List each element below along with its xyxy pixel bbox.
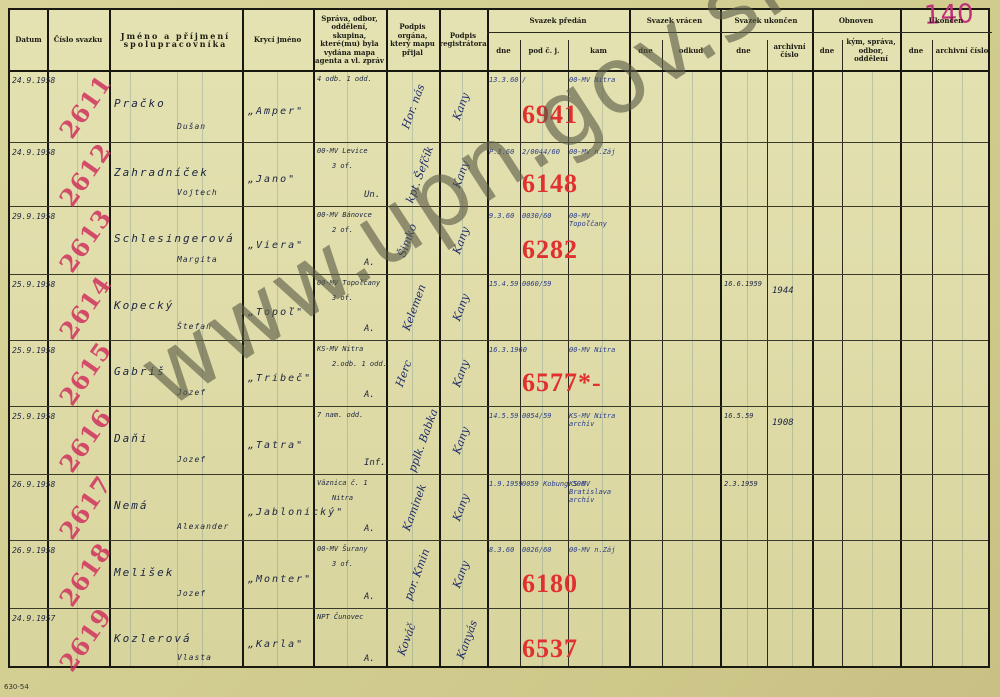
faint-guide-line — [177, 70, 178, 666]
column-divider — [386, 10, 388, 666]
column-divider — [900, 10, 902, 666]
form-code: 630-54 — [4, 683, 29, 691]
row-sprava-2: 3 of. — [332, 162, 353, 170]
svazek-number-stamp: 2614 — [53, 270, 117, 345]
faint-guide-line — [747, 70, 748, 666]
signature-registrar: Kany — [450, 492, 472, 523]
row-ukoncen-dne: 16.6.1959 — [724, 280, 762, 288]
signature-organ: por. Kmin — [402, 547, 433, 602]
header-obnoven-dne: dne — [812, 32, 842, 70]
header-kryci-jmeno: Krycí jméno — [242, 10, 313, 70]
row-ukoncen-dne: 16.5.59 — [724, 412, 754, 420]
row-sprava-mark: A. — [364, 258, 375, 268]
column-divider — [487, 10, 489, 666]
row-predan-dne: 14.5.59 — [489, 412, 519, 420]
header-predan-pod-cj: pod č. j. — [520, 32, 568, 70]
row-kryci-jmeno: „Jablonický" — [248, 507, 344, 518]
row-kryci-jmeno: „Monter" — [248, 574, 312, 585]
row-sprava: NPT Čunovec — [317, 613, 363, 621]
row-prijmeni: Daňi — [114, 432, 149, 445]
header-ukoncen2-dne: dne — [900, 32, 932, 70]
row-meno: Štefan — [177, 322, 212, 331]
header-cislo-svazku: Číslo svazku — [47, 10, 109, 70]
signature-organ: Kelemen — [400, 282, 429, 332]
row-predan-pod-cj: / — [522, 76, 526, 84]
signature-organ: Kaminek — [400, 482, 429, 532]
row-meno: Jozef — [177, 589, 206, 598]
row-meno: Margita — [177, 255, 218, 264]
row-ukoncen-dne: 2.3.1959 — [724, 480, 758, 488]
header-predan-kam: kam — [568, 32, 629, 70]
row-sprava-mark: A. — [364, 592, 375, 602]
faint-guide-line — [347, 70, 348, 666]
row-sprava: Väznica č. 1 — [317, 479, 368, 487]
row-datum: 24.9.1957 — [12, 614, 48, 624]
column-divider — [47, 10, 49, 666]
archive-stamp-number: 6537 — [522, 634, 578, 664]
signature-organ: Šimko — [395, 222, 419, 259]
row-sprava: 00-MV Topoľčany — [317, 279, 380, 287]
registry-sheet: 140 DatumČíslo svazkuJméno a příjmení sp… — [8, 8, 990, 668]
signature-organ: kpt. Šefčík — [403, 144, 436, 204]
row-divider — [10, 142, 988, 143]
row-predan-pod-cj: 2/0044/60 — [522, 148, 560, 156]
row-prijmeni: Kozlerová — [114, 632, 192, 645]
column-divider — [812, 10, 814, 666]
row-divider — [10, 274, 988, 275]
header-jmeno: Jméno a příjmení spolupracovníka — [109, 10, 242, 70]
row-meno: Vlasta — [177, 653, 212, 662]
row-sprava-2: 3 of. — [332, 560, 353, 568]
subcolumn-divider — [662, 40, 663, 666]
row-datum: 29.9.1958 — [12, 212, 48, 222]
row-prijmeni: Gabriš — [114, 365, 166, 378]
svazek-number-stamp: 2619 — [53, 602, 117, 677]
row-sprava: 7 nam. odd. — [317, 411, 363, 419]
row-sprava-mark: A. — [364, 524, 375, 534]
header-podpis-organa: Podpis orgána, který mapu přijal — [386, 10, 439, 70]
row-sprava-2: 2 of. — [332, 226, 353, 234]
signature-registrar: Kany — [450, 159, 472, 190]
row-predan-dne: 13.3.60 — [489, 76, 519, 84]
header-svazek-vracen: Svazek vrácen — [629, 10, 720, 32]
row-sprava: 4 odb. 1 odd. — [317, 75, 372, 83]
row-predan-pod-cj: 0054/59 — [522, 412, 552, 420]
row-meno: Dušan — [177, 122, 206, 131]
column-divider — [242, 10, 244, 666]
column-divider — [439, 10, 441, 666]
row-predan-pod-cj: 0030/60 — [522, 212, 552, 220]
row-datum: 24.9.1958 — [12, 148, 48, 158]
header-obnoven-kym: kým, správa, odbor, oddělení — [842, 32, 900, 70]
archive-stamp-number: 6282 — [522, 235, 578, 265]
row-meno: Jozef — [177, 455, 206, 464]
svazek-number-stamp: 2617 — [53, 470, 117, 545]
row-kryci-jmeno: „Amper" — [248, 106, 304, 117]
row-kryci-jmeno: „Topoľ" — [248, 307, 304, 318]
row-predan-dne: 1.9.1959 — [489, 480, 523, 488]
row-predan-kam: 00-MV Nitra — [569, 346, 627, 354]
header-svazek-predan: Svazek předán — [487, 10, 629, 32]
signature-registrar: Kany — [450, 225, 472, 256]
subcolumn-divider — [842, 40, 843, 666]
row-sprava: KS-MV Nitra — [317, 345, 363, 353]
row-predan-kam: KS-MV Bratislava archív — [569, 480, 627, 504]
row-prijmeni: Melišek — [114, 566, 174, 579]
row-datum: 26.9.1958 — [12, 480, 48, 490]
signature-registrar: Kany — [450, 91, 472, 122]
header-divider — [10, 70, 988, 72]
row-predan-kam: 00-MV n.Záj — [569, 148, 627, 156]
column-divider — [629, 10, 631, 666]
header-svazek-ukoncen: Svazek ukončen — [720, 10, 812, 32]
header-ukoncen-archivni-cislo: archivní číslo — [767, 32, 812, 70]
row-predan-dne: 9.3.60 — [489, 212, 514, 220]
archive-stamp-number: 6148 — [522, 169, 578, 199]
row-meno: Jozef — [177, 388, 206, 397]
row-prijmeni: Schlesingerová — [114, 232, 235, 245]
header-vracen-dne: dne — [629, 32, 662, 70]
row-prijmeni: Pračko — [114, 97, 166, 110]
row-divider — [10, 406, 988, 407]
header-ukoncen-dne: dne — [720, 32, 767, 70]
row-meno: Alexander — [177, 522, 229, 531]
row-divider — [10, 340, 988, 341]
faint-guide-line — [792, 70, 793, 666]
header-podpis-registratora: Podpis registrátora — [439, 10, 487, 70]
row-prijmeni: Zahradníček — [114, 166, 209, 179]
row-sprava-mark: A. — [364, 654, 375, 664]
row-divider — [10, 206, 988, 207]
row-sprava-2: Nitra — [332, 494, 353, 502]
archive-stamp-number: 6941 — [522, 100, 578, 130]
faint-guide-line — [692, 70, 693, 666]
row-predan-kam: 00-MV Nitra — [569, 76, 627, 84]
row-ukoncen-archivni-cislo: 1908 — [772, 418, 794, 428]
faint-guide-line — [962, 70, 963, 666]
subcolumn-divider — [767, 40, 768, 666]
header-ukoncen: Ukončen — [900, 10, 992, 32]
row-sprava-mark: A. — [364, 390, 375, 400]
signature-registrar: Kany — [450, 425, 472, 456]
row-predan-dne: 16.3.1960 — [489, 346, 527, 354]
signature-organ: Hor. nás — [399, 82, 427, 130]
svazek-number-stamp: 2612 — [53, 137, 117, 212]
header-predan-dne: dne — [487, 32, 520, 70]
signature-registrar: Kany — [450, 358, 472, 389]
signature-registrar: Kany — [450, 292, 472, 323]
column-divider — [109, 10, 111, 666]
row-predan-pod-cj: 0060/59 — [522, 280, 552, 288]
faint-guide-line — [202, 70, 203, 666]
row-sprava: 00-MV Bánovce — [317, 211, 372, 219]
column-divider — [720, 10, 722, 666]
svazek-number-stamp: 2616 — [53, 403, 117, 478]
row-datum: 24.9.1958 — [12, 76, 48, 86]
row-predan-kam: 00-MV Topoľčany — [569, 212, 627, 228]
svazek-number-stamp: 2611 — [53, 69, 117, 144]
svazek-number-stamp: 2618 — [53, 537, 117, 612]
header-sprava: Správa, odbor, oddělení, skupina, které(… — [313, 10, 386, 70]
subcolumn-divider — [932, 40, 933, 666]
row-predan-kam: 00-MV n.Záj — [569, 546, 627, 554]
row-datum: 25.9.1958 — [12, 346, 48, 356]
svazek-number-stamp: 2613 — [53, 203, 117, 278]
header-vracen-odkud: odkud — [662, 32, 720, 70]
row-kryci-jmeno: „Tribeč" — [248, 373, 312, 384]
row-kryci-jmeno: „Tatra" — [248, 440, 304, 451]
header-ukoncen2-archivni-cislo: archivní číslo — [932, 32, 992, 70]
row-divider — [10, 608, 988, 609]
signature-registrar: Kany — [450, 559, 472, 590]
row-sprava: 00-MV Šurany — [317, 545, 368, 553]
row-datum: 26.9.1958 — [12, 546, 48, 556]
row-sprava-2: 3 of. — [332, 294, 353, 302]
row-kryci-jmeno: „Viera" — [248, 240, 304, 251]
header-datum: Datum — [10, 10, 47, 70]
row-sprava-mark: Inf. — [364, 458, 386, 468]
row-sprava-2: 2.odb. 1 odd. — [332, 360, 387, 368]
svazek-number-stamp: 2615 — [53, 336, 117, 411]
header-obnoven: Obnoven — [812, 10, 900, 32]
archive-stamp-number: 6180 — [522, 569, 578, 599]
signature-organ: pplk. Babka — [406, 407, 441, 474]
row-meno: Vojtech — [177, 188, 218, 197]
row-predan-dne: P.3.60 — [489, 148, 514, 156]
row-predan-dne: 15.4.59 — [489, 280, 519, 288]
row-datum: 25.9.1958 — [12, 280, 48, 290]
row-divider — [10, 474, 988, 475]
faint-guide-line — [872, 70, 873, 666]
row-kryci-jmeno: „Karla" — [248, 639, 304, 650]
column-divider — [313, 10, 315, 666]
row-divider — [10, 540, 988, 541]
signature-registrar: Kanyás — [454, 618, 480, 660]
row-predan-kam: KS-MV Nitra archív — [569, 412, 627, 428]
archive-stamp-number: 6577*- — [522, 368, 602, 398]
row-prijmeni: Kopecký — [114, 299, 174, 312]
row-ukoncen-archivni-cislo: 1944 — [772, 286, 794, 296]
signature-organ: Kováč — [395, 622, 419, 658]
row-kryci-jmeno: „Jano" — [248, 174, 296, 185]
row-sprava-mark: A. — [364, 324, 375, 334]
row-sprava: 00-MV Levice — [317, 147, 368, 155]
row-sprava-mark: Un. — [364, 190, 380, 200]
row-predan-pod-cj: 0026/60 — [522, 546, 552, 554]
row-predan-dne: 8.3.60 — [489, 546, 514, 554]
faint-guide-line — [602, 70, 603, 666]
row-datum: 25.9.1958 — [12, 412, 48, 422]
row-prijmeni: Nemá — [114, 499, 149, 512]
